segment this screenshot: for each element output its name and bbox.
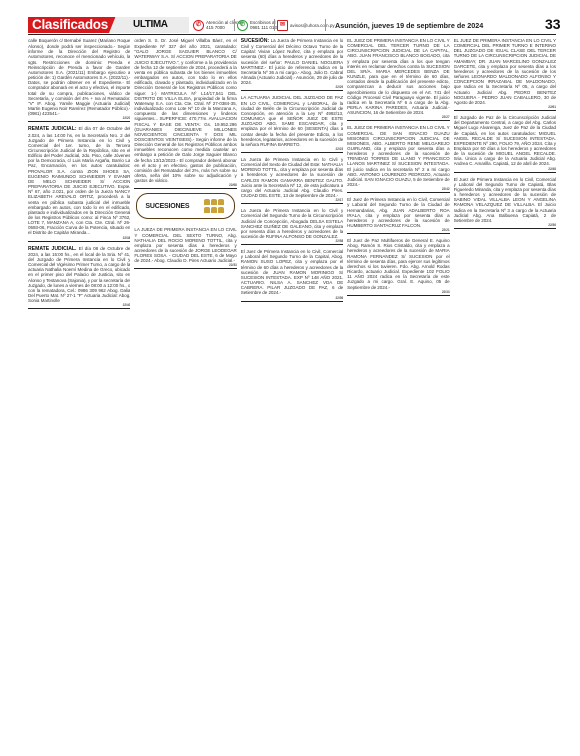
- divider: [234, 19, 235, 31]
- legal-notice: EL JUEZ DE PRIMERA INSTANCIA EN LO CIVIL…: [454, 36, 556, 111]
- divider: [325, 19, 326, 31]
- header-rule: [28, 34, 556, 35]
- people-icon: [202, 199, 226, 213]
- phone-icon: ✆: [193, 20, 204, 31]
- legal-notice: La Jueza de Primera Instancia en lo Civi…: [241, 155, 343, 204]
- page-number: 33: [545, 16, 561, 32]
- column-2: orden S. S. Dr. José Miguel Villalba Báe…: [134, 36, 236, 754]
- legal-notice: El Juez de Primera Instancia en lo Civil…: [241, 247, 343, 301]
- legal-notice: El Juzgado de Paz de la Circunscripción …: [454, 113, 556, 173]
- sucesiones-section-header: SUCESIONES: [136, 193, 234, 219]
- divider: [274, 19, 275, 31]
- sucesiones-label: SUCESIONES: [145, 203, 189, 210]
- legal-notice: SUCESIÓN: La Jueza de Primera Instancia …: [241, 36, 343, 91]
- legal-notice: El Juez de Primera Instancia en lo Civil…: [347, 195, 449, 234]
- issue-date: Asunción, jueves 19 de septiembre de 202…: [335, 21, 483, 30]
- column-5: EL JUEZ DE PRIMERA INSTANCIA EN LO CIVIL…: [454, 36, 556, 754]
- contact-whatsapp: ✆ Escribinos al0981 111 013: [237, 17, 277, 33]
- section-banner: Clasificados: [28, 17, 118, 33]
- legal-notice: El Juez de Paz Multifueros de General E.…: [347, 236, 449, 296]
- classifieds-columns: calle Boquerón c/ Bernabé Suarez (Marian…: [28, 36, 556, 754]
- section-title: Clasificados: [28, 17, 118, 33]
- legal-notice: REMATE JUDICIAL. El día 08 de Octubre de…: [28, 244, 130, 310]
- legal-notice: LA ACTUARIA JUDICIAL DEL JUZGADO DE PAZ …: [241, 93, 343, 153]
- legal-notice: REMATE JUDICIAL: El día 07 de Octubre de…: [28, 124, 130, 241]
- legal-notice: La Jueza de Primera Instancia en lo Civi…: [241, 206, 343, 245]
- newspaper-logo: ULTIMAHORA: [109, 17, 189, 33]
- whatsapp-icon: ✆: [237, 20, 248, 31]
- page-header: Clasificados ULTIMAHORA ✆ Atención al cl…: [0, 0, 580, 34]
- legal-notice: EL JUEZ DE PRIMERA INSTANCIA EN LO CIVIL…: [347, 123, 449, 193]
- logo-ultima: ULTIMA: [121, 17, 189, 33]
- column-3: SUCESIÓN: La Jueza de Primera Instancia …: [241, 36, 343, 754]
- legal-notice: orden S. S. Dr. José Miguel Villalba Báe…: [134, 36, 236, 189]
- column-4: EL JUEZ DE PRIMERA INSTANCIA EN LO CIVIL…: [347, 36, 449, 754]
- legal-notice: EL JUEZ DE PRIMERA INSTANCIA EN LO CIVIL…: [347, 36, 449, 121]
- legal-notice: El Juez de Primera Instancia en lo Civil…: [454, 175, 556, 229]
- mail-icon: ✉: [277, 20, 288, 31]
- legal-notice: LA JUEZA DE PRIMERA INSTANCIA EN LO CIVI…: [134, 225, 236, 269]
- legal-notice: calle Boquerón c/ Bernabé Suarez (Marian…: [28, 36, 130, 122]
- column-1: calle Boquerón c/ Bernabé Suarez (Marian…: [28, 36, 130, 754]
